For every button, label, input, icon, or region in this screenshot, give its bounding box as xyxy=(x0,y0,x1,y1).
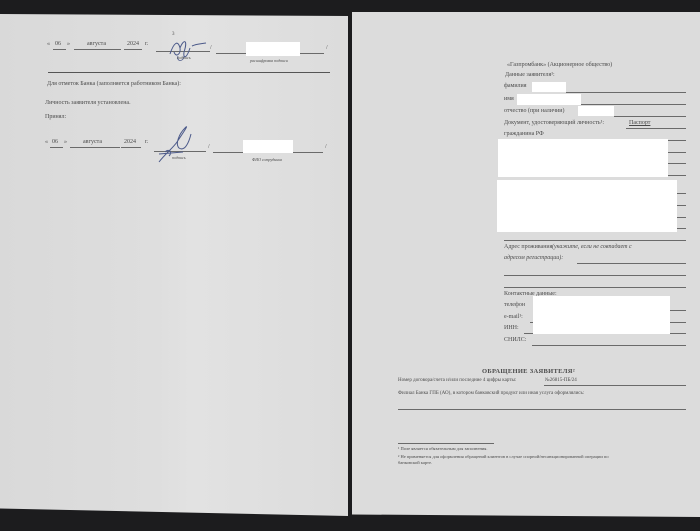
email-label: e-mail¹: xyxy=(504,314,523,320)
slash: / xyxy=(208,144,210,150)
slash: / xyxy=(326,45,328,51)
redacted-surname xyxy=(532,82,566,92)
surname-label: фамилия xyxy=(504,83,527,89)
bank-notes-header: Для отметок Банка (заполняется работнико… xyxy=(47,81,181,87)
redacted-name xyxy=(517,94,581,105)
slash: / xyxy=(210,45,212,51)
date-close-quote: » xyxy=(67,41,70,47)
employee-signature-caption: подпись xyxy=(172,155,186,160)
branch-label: Филиал Банка ГПБ (АО), в котором банковс… xyxy=(398,391,584,396)
emp-date-year: 2024 xyxy=(124,139,136,145)
footnote-1: ¹ Поле является обязательным для заполне… xyxy=(398,446,487,451)
address-hint-1: (укажите, если не совпадает с xyxy=(552,244,632,250)
applicant-data-label: Данные заявителя¹: xyxy=(505,72,555,78)
redacted-contacts xyxy=(533,296,670,334)
emp-date-open-quote: « xyxy=(45,139,48,145)
address-hint-2: адресом регистрации): xyxy=(504,255,563,261)
accepted-label: Принял: xyxy=(45,114,66,120)
contract-label: Номер договора/счета и/или последние 4 ц… xyxy=(398,378,516,383)
employee-name-caption: ФИО сотрудника xyxy=(252,157,282,162)
patronymic-label: отчество (при наличии) xyxy=(504,108,564,114)
address-label: Адрес проживания xyxy=(504,244,552,250)
identity-confirmed: Личность заявителя установлена. xyxy=(45,100,131,106)
id-document-value-2: гражданина РФ xyxy=(504,131,544,137)
inn-label: ИНН: xyxy=(504,325,519,331)
redacted-employee-name xyxy=(243,140,293,153)
redacted-registration-address xyxy=(497,180,677,232)
appeal-title: ОБРАЩЕНИЕ ЗАЯВИТЕЛЯ² xyxy=(482,368,575,375)
name-decoding-caption: расшифровка подписи xyxy=(250,58,288,63)
left-page: « 06 » августа 2024 г. 3 подпись / расши… xyxy=(0,14,348,516)
emp-date-day: 06 xyxy=(52,139,58,145)
redacted-name xyxy=(246,42,300,56)
bank-name: «Газпромбанк» (Акционерное общество) xyxy=(507,62,612,68)
name-label: имя xyxy=(504,96,514,102)
contract-value: №26815-ПБ/24 xyxy=(545,378,577,383)
date-open-quote: « xyxy=(47,41,50,47)
emp-date-close-quote: » xyxy=(64,139,67,145)
emp-date-year-suffix: г. xyxy=(145,139,148,145)
date-year: 2024 xyxy=(127,41,139,47)
redacted-patronymic xyxy=(578,106,614,116)
slash: / xyxy=(325,144,327,150)
redacted-passport-details xyxy=(498,139,668,177)
date-month: августа xyxy=(87,41,106,47)
signature-caption: подпись xyxy=(177,55,191,60)
date-year-suffix: г. xyxy=(145,41,148,47)
right-page: «Газпромбанк» (Акционерное общество) Дан… xyxy=(352,12,700,517)
id-document-label: Документ, удостоверяющий личность¹: xyxy=(504,120,604,126)
phone-label: телефон xyxy=(504,302,525,308)
date-day: 06 xyxy=(55,41,61,47)
snils-label: СНИЛС: xyxy=(504,337,526,343)
footnote-2b: банковской карте. xyxy=(398,460,432,465)
id-document-value-1: Паспорт xyxy=(629,120,650,126)
footnote-2a: ² Не применяется для оформления обращени… xyxy=(398,454,609,459)
emp-date-month: августа xyxy=(83,139,102,145)
